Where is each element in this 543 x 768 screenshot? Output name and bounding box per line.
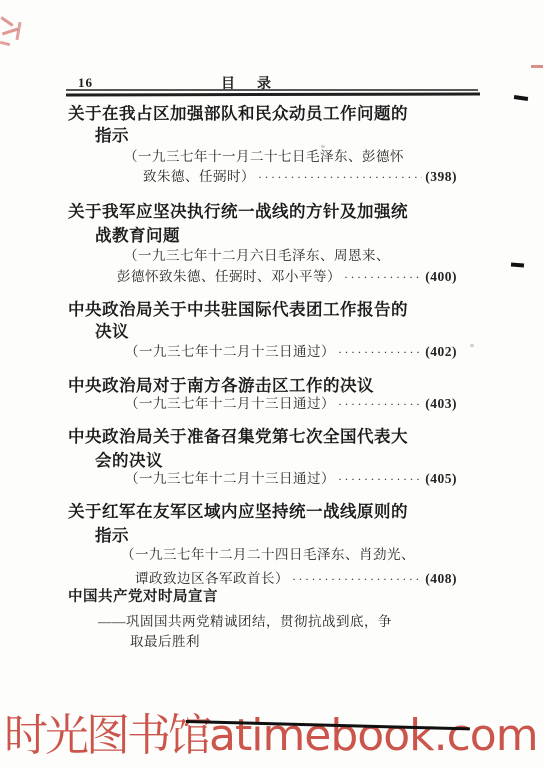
entry-title: 关于红军在友军区域内应坚持统一战线原则的: [68, 498, 408, 522]
scan-speck: [470, 344, 474, 347]
entry-detail: （一九三七年十二月十三日通过）: [125, 340, 335, 360]
entry-page-number: (403): [425, 396, 457, 412]
red-stamp-fragment: [15, 22, 21, 40]
scan-speck: [321, 145, 325, 148]
margin-dash-mark: [514, 95, 528, 101]
entry-leader-row: 彭德怀致朱德、任弼时、邓小平等） ·······················…: [117, 265, 457, 285]
watermark-cn-text: 时光图书馆: [4, 710, 209, 761]
entry-detail: （一九三七年十一月二十七日毛泽东、彭德怀: [124, 145, 404, 165]
scan-speck: [337, 149, 342, 152]
watermark: 时光图书馆atimebook.com: [4, 708, 538, 764]
entry-title: 中央政治局关于准备召集党第七次全国代表大: [68, 423, 408, 447]
margin-dash-mark: [511, 263, 524, 268]
entry-detail: （一九三七年十二月十三日通过）: [125, 467, 335, 487]
entry-subtitle-wrap: 取最后胜利: [130, 630, 200, 650]
entry-title-wrap: 决议: [95, 318, 129, 342]
dot-leader: ········································…: [338, 345, 422, 360]
entry-page-number: (402): [425, 344, 457, 360]
entry-detail-cont: 致朱德、任弼时）: [143, 165, 255, 185]
entry-detail-cont: 彭德怀致朱德、任弼时、邓小平等）: [117, 265, 341, 285]
dot-leader: ········································…: [344, 270, 422, 285]
header-rule-thick: [66, 92, 480, 96]
scanned-toc-page: 16 目 录 关于在我占区加强部队和民众动员工作问题的 指示 （一九三七年十一月…: [0, 0, 543, 768]
entry-title-wrap: 战教育问题: [95, 222, 180, 246]
header-rule-thin: [66, 89, 478, 91]
entry-page-number: (405): [425, 471, 457, 487]
dot-leader: ········································…: [258, 170, 422, 185]
entry-title: 中央政治局关于中共驻国际代表团工作报告的: [68, 296, 408, 320]
entry-leader-row: （一九三七年十二月十三日通过） ························…: [125, 467, 457, 487]
entry-detail: （一九三七年十二月六日毛泽东、周恩来、: [124, 244, 390, 264]
dot-leader: ········································…: [338, 397, 422, 412]
entry-page-number: (400): [425, 269, 457, 285]
entry-leader-row: （一九三七年十二月十三日通过） ························…: [125, 392, 457, 412]
entry-detail-cont: 谭政致边区各军政首长）: [135, 567, 289, 587]
entry-title: 中国共产党对时局宣言: [68, 585, 218, 606]
dot-leader: ········································…: [292, 572, 422, 587]
entry-leader-row: 谭政致边区各军政首长） ····························…: [135, 567, 457, 587]
red-stamp-fragment: [0, 41, 10, 46]
entry-title: 关于在我占区加强部队和民众动员工作问题的: [68, 100, 408, 124]
red-edge-tick: [531, 65, 543, 68]
entry-leader-row: （一九三七年十二月十三日通过） ························…: [125, 340, 457, 360]
entry-detail: （一九三七年十二月二十四日毛泽东、肖劲光、: [121, 543, 415, 563]
entry-page-number: (408): [425, 571, 457, 587]
entry-page-number: (398): [425, 169, 457, 185]
watermark-en-text: atimebook.com: [209, 710, 538, 761]
entry-title: 关于我军应坚决执行统一战线的方针及加强统: [68, 198, 408, 222]
red-stamp-fragment: [0, 16, 13, 26]
entry-subtitle: ——巩固国共两党精诚团结，贯彻抗战到底，争: [98, 610, 392, 630]
entry-detail: （一九三七年十二月十三日通过）: [125, 392, 335, 412]
entry-leader-row: 致朱德、任弼时） ·······························…: [143, 165, 457, 185]
entry-title-wrap: 指示: [95, 122, 129, 146]
dot-leader: ········································…: [338, 472, 422, 487]
